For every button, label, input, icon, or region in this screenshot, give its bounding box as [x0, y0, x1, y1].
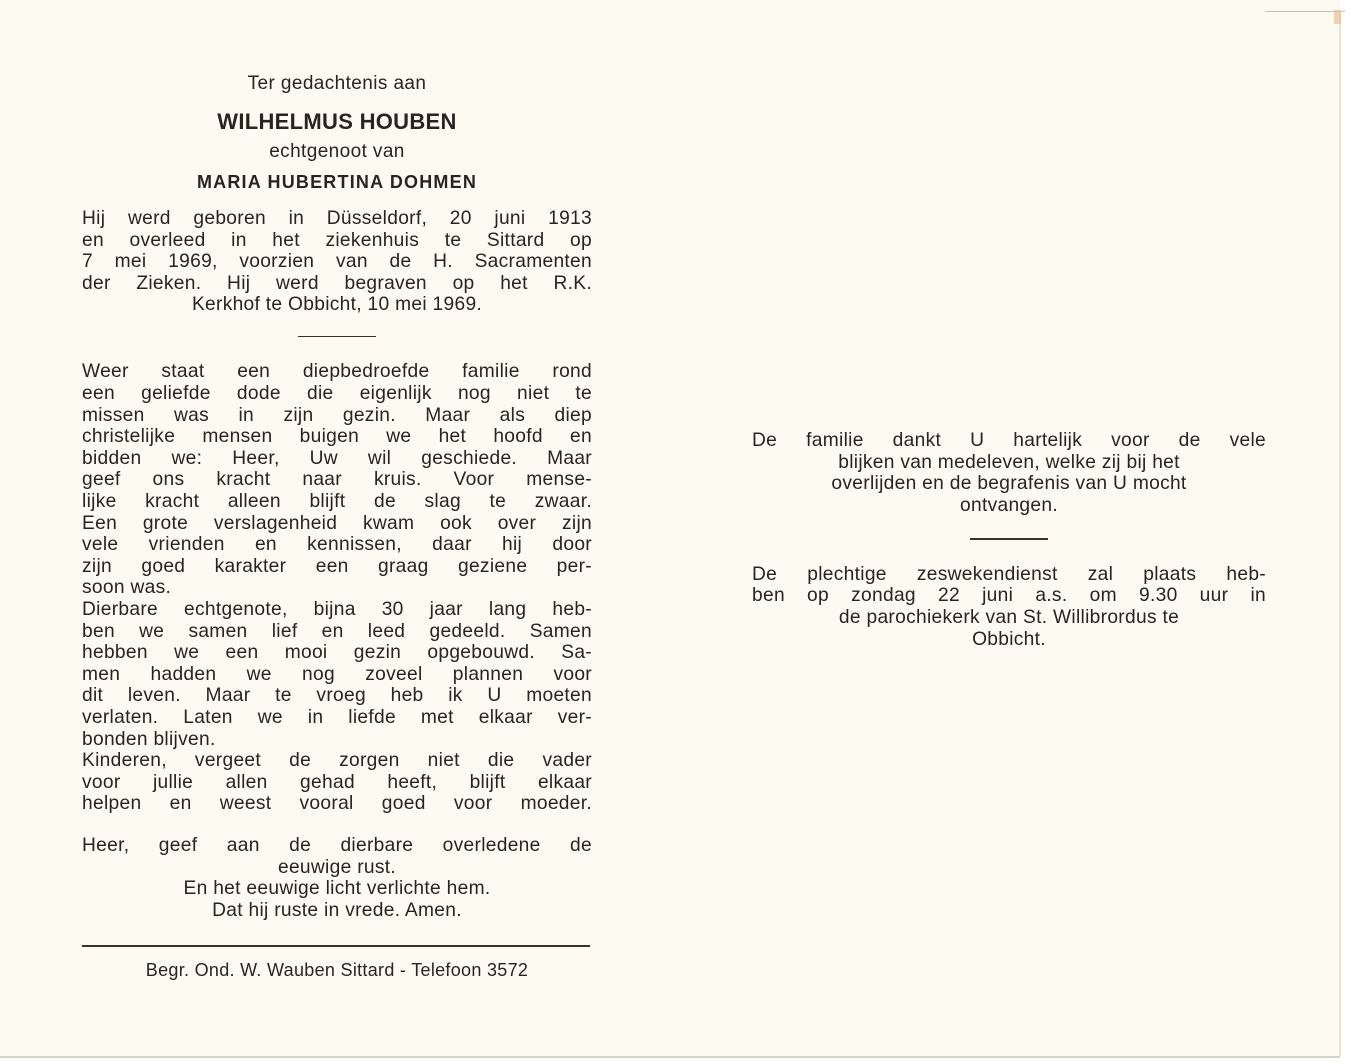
text-line: der Zieken. Hij werd begraven op het R.K… — [82, 273, 592, 295]
text-line: voor jullie allen gehad heeft, blijft el… — [82, 772, 592, 794]
memorial-intro: Ter gedachtenis aan — [82, 72, 592, 96]
text-line: missen was in zijn gezin. Maar als diep — [82, 405, 592, 427]
text-line: vele vrienden en kennissen, daar hij doo… — [82, 534, 592, 556]
funeral-director-footer: Begr. Ond. W. Wauben Sittard - Telefoon … — [82, 959, 592, 981]
text-line: de parochiekerk van St. Willibrordus te — [752, 607, 1266, 629]
left-panel: Ter gedachtenis aan WILHELMUS HOUBEN ech… — [82, 72, 592, 981]
text-line: Kinderen, vergeet de zorgen niet die vad… — [82, 750, 592, 772]
text-line: Weer staat een diepbedroefde familie ron… — [82, 361, 592, 383]
text-line: De familie dankt U hartelijk voor de vel… — [752, 430, 1266, 452]
thanks-paragraph: De familie dankt U hartelijk voor de vel… — [752, 430, 1266, 516]
text-line: ontvangen. — [752, 495, 1266, 517]
card-edge — [1265, 11, 1345, 12]
service-paragraph: De plechtige zeswekendienst zal plaats h… — [752, 564, 1266, 650]
text-line: helpen en weest vooral goed voor moeder. — [82, 793, 592, 815]
text-line: men hadden we nog zoveel plannen voor — [82, 664, 592, 686]
spouse-intro: echtgenoot van — [82, 140, 592, 164]
card-edge — [1339, 10, 1341, 1056]
text-line: dit leven. Maar te vroeg heb ik U moeten — [82, 685, 592, 707]
text-line: Dat hij ruste in vrede. Amen. — [82, 900, 592, 922]
text-line: en overleed in het ziekenhuis te Sittard… — [82, 230, 592, 252]
reflection-paragraph: Weer staat een diepbedroefde familie ron… — [82, 361, 592, 814]
text-line: 7 mei 1969, voorzien van de H. Sacrament… — [82, 251, 592, 273]
text-line: Een grote verslagenheid kwam ook over zi… — [82, 513, 592, 535]
text-line: bonden blijven. — [82, 729, 592, 751]
divider — [970, 538, 1048, 540]
text-line: Heer, geef aan de dierbare overledene de — [82, 835, 592, 857]
prayer-paragraph: Heer, geef aan de dierbare overledene de… — [82, 835, 592, 921]
text-line: soon was. — [82, 577, 592, 599]
text-line: zijn goed karakter een graag geziene per… — [82, 556, 592, 578]
text-line: Dierbare echtgenote, bijna 30 jaar lang … — [82, 599, 592, 621]
card-stain — [1334, 10, 1341, 24]
deceased-name: WILHELMUS HOUBEN — [82, 108, 592, 136]
text-line: Obbicht. — [752, 629, 1266, 651]
biography-paragraph: Hij werd geboren in Düsseldorf, 20 juni … — [82, 208, 592, 316]
memorial-card: Ter gedachtenis aan WILHELMUS HOUBEN ech… — [0, 0, 1340, 1056]
text-line: En het eeuwige licht verlichte hem. — [82, 878, 592, 900]
text-line: Hij werd geboren in Düsseldorf, 20 juni … — [82, 208, 592, 230]
divider — [298, 336, 376, 338]
text-line: verlaten. Laten we in liefde met elkaar … — [82, 707, 592, 729]
text-line: bidden we: Heer, Uw wil geschiede. Maar — [82, 448, 592, 470]
text-line: Kerkhof te Obbicht, 10 mei 1969. — [82, 294, 592, 316]
text-line: ben op zondag 22 juni a.s. om 9.30 uur i… — [752, 585, 1266, 607]
text-line: christelijke mensen buigen we het hoofd … — [82, 426, 592, 448]
spouse-name: MARIA HUBERTINA DOHMEN — [82, 170, 592, 194]
text-line: lijke kracht alleen blijft de slag te zw… — [82, 491, 592, 513]
text-line: geef ons kracht naar kruis. Voor mense- — [82, 469, 592, 491]
text-line: een geliefde dode die eigenlijk nog niet… — [82, 383, 592, 405]
text-line: ben we samen lief en leed gedeeld. Samen — [82, 621, 592, 643]
text-line: hebben we een mooi gezin opgebouwd. Sa- — [82, 642, 592, 664]
card-edge — [0, 1056, 1340, 1058]
text-line: blijken van medeleven, welke zij bij het — [752, 452, 1266, 474]
text-line: eeuwige rust. — [82, 857, 592, 879]
footer-rule — [82, 945, 590, 947]
right-panel: De familie dankt U hartelijk voor de vel… — [752, 430, 1266, 650]
text-line: overlijden en de begrafenis van U mocht — [752, 473, 1266, 495]
text-line: De plechtige zeswekendienst zal plaats h… — [752, 564, 1266, 586]
